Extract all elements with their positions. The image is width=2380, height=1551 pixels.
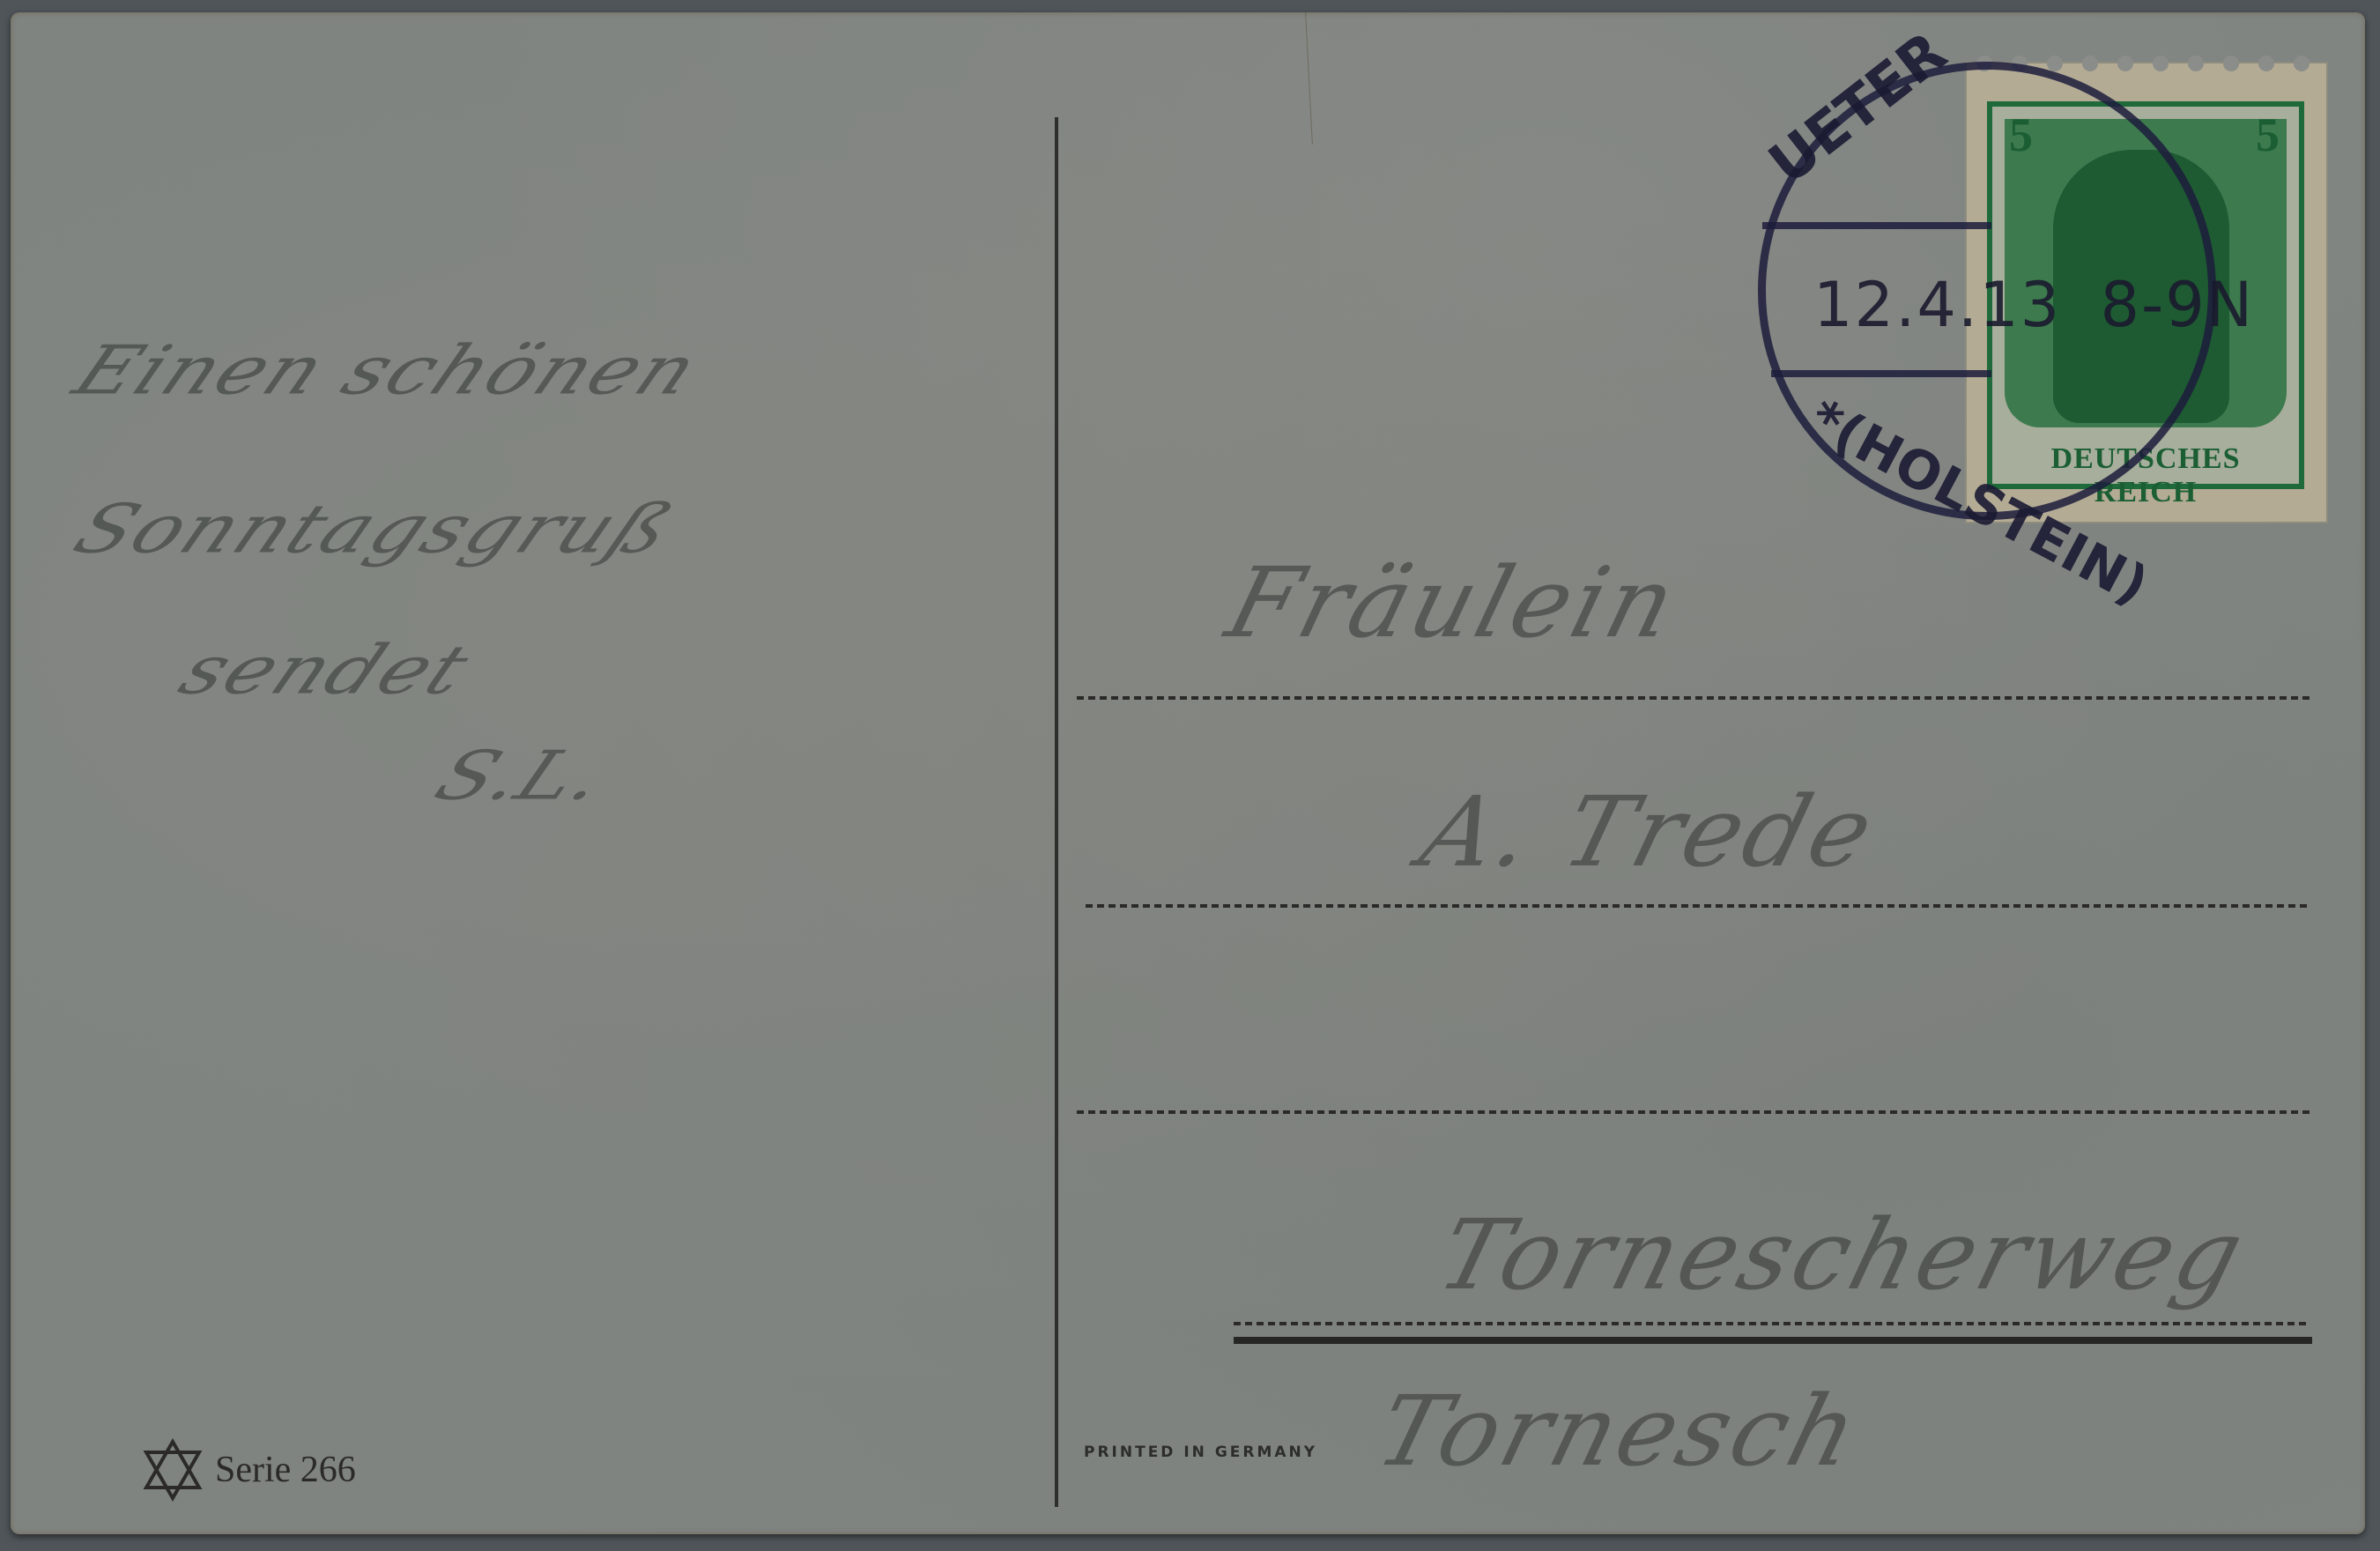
postmark-date: 12.4.13 8-9N	[1813, 269, 2254, 341]
stamp-perforation	[2082, 56, 2098, 71]
address-dotted-line-3	[1077, 1110, 2310, 1114]
address-line-2: A. Trede	[1410, 775, 1887, 888]
address-thick-underline	[1234, 1337, 2312, 1344]
stamp-perforation	[2258, 56, 2274, 71]
address-line-1: Fräulein	[1216, 546, 1690, 659]
message-line-3: sendet	[167, 631, 483, 709]
series-label: Serie 266	[215, 1449, 356, 1491]
stamp-value-right: 5	[2256, 108, 2280, 162]
star-of-david-icon	[141, 1438, 204, 1502]
address-dotted-line-2	[1086, 904, 2310, 908]
message-line-2: Sonntagsgruß	[62, 490, 687, 568]
address-line-4: Tornescherweg	[1427, 1198, 2258, 1311]
address-dotted-line-1	[1077, 696, 2310, 700]
address-dotted-line-4	[1234, 1322, 2310, 1325]
stamp-perforation	[2188, 56, 2204, 71]
stamp-perforation	[2223, 56, 2239, 71]
series-imprint: Serie 266	[141, 1438, 356, 1502]
postmark-time: 8-9N	[2100, 269, 2254, 341]
postmark-band-top	[1762, 222, 1991, 229]
stamp-perforation	[2047, 56, 2063, 71]
printed-in-germany-imprint: PRINTED IN GERMANY	[1084, 1443, 1317, 1461]
stamp-perforation	[2117, 56, 2133, 71]
message-line-1: Einen schönen	[62, 331, 712, 410]
address-line-5: Tornesch	[1366, 1375, 1872, 1488]
postmark-date-value: 12.4.13	[1813, 269, 2061, 341]
stamp-perforation	[2153, 56, 2169, 71]
stamp-perforation	[2294, 56, 2310, 71]
postmark-band-bottom	[1771, 370, 1991, 377]
center-divider-line	[1055, 117, 1058, 1507]
